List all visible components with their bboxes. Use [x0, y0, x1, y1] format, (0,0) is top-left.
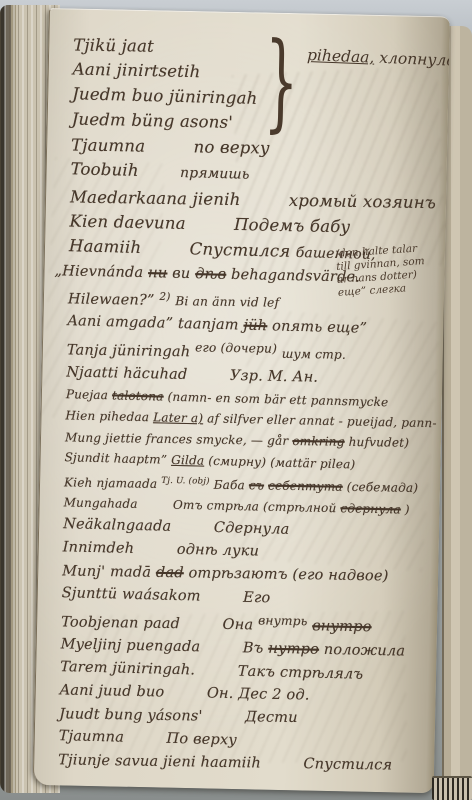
text-segment: Подемъ бабу	[234, 215, 351, 236]
manuscript-text-layer: Tjikü jaat Aani jinirtsetih Juedm buo jü…	[58, 32, 436, 785]
text-segment: его (дочери)	[195, 340, 277, 355]
text-segment: положила	[324, 642, 406, 660]
text-segment: Juudt bung yásons'	[59, 706, 203, 724]
text-segment: по верху	[193, 137, 270, 157]
text-segment: отрѣзаютъ (его надвое)	[188, 565, 388, 584]
text-segment: опять еще”	[272, 318, 367, 336]
text-segment: Haamiih	[69, 236, 142, 257]
text-segment: Aani jinirtsetih	[73, 60, 201, 82]
text-segment: шум стр.	[282, 347, 346, 362]
text-segment: Puejaa	[66, 387, 108, 402]
text-segment: Tarem jüniringah.	[60, 659, 195, 678]
text-segment: talotona	[112, 388, 164, 403]
text-segment: (себемада)	[347, 480, 419, 495]
text-segment: Bi an änn vid lef	[175, 294, 279, 310]
text-segment: Tj. U. (obj)	[161, 476, 210, 487]
text-segment: дѣв	[195, 266, 226, 283]
text-segment: Innimdeh	[63, 539, 135, 556]
text-segment: ни	[148, 265, 168, 281]
text-segment: однѣ луки	[177, 542, 260, 560]
text-segment: )	[405, 503, 410, 517]
manuscript-lines: Tjikü jaat Aani jinirtsetih Juedm buo jü…	[58, 32, 435, 779]
text-segment: Узр. М. Ан.	[230, 368, 319, 386]
text-segment: Отъ стрѣла (стрѣлной	[173, 498, 337, 515]
text-segment: (namn- en som bär ett pannsmycke	[167, 390, 388, 410]
text-segment: Juedm büng asons'	[71, 110, 233, 132]
text-segment: Спустился	[189, 239, 290, 261]
text-segment: Aani juud buo	[60, 682, 165, 700]
text-segment: frances smycke, — går	[146, 432, 289, 448]
text-segment: af silfver eller annat - pueijad, pann-	[207, 411, 437, 430]
text-segment: Tjaumna	[59, 728, 125, 746]
text-segment: jüh	[243, 318, 267, 335]
text-segment: внутро	[312, 618, 372, 635]
manuscript-line: Tanja jüniringah его (дочери) шум стр.	[67, 334, 429, 368]
text-segment: Sjunttü waásakom	[62, 585, 201, 605]
text-segment: Sjundit haaptm”	[64, 450, 167, 467]
text-segment: Его	[243, 590, 271, 607]
text-segment: съ	[249, 478, 264, 492]
text-segment: хромый хозяинъ	[289, 191, 437, 212]
text-segment: Toobjenan paad	[61, 614, 180, 632]
text-segment: Спустился	[303, 756, 392, 773]
notebook-page: } pihedaa, хлопнулся /den halte talartil…	[33, 8, 450, 793]
text-segment: сдернула	[340, 501, 401, 516]
text-segment: Hilewaen?”	[68, 291, 155, 308]
text-segment: Mungahada	[64, 495, 138, 511]
text-segment: По верху	[166, 731, 237, 749]
text-segment: прямишь	[180, 165, 250, 183]
text-segment: Она	[222, 617, 253, 633]
text-segment: Maedarkaana jienih	[70, 187, 241, 209]
text-segment: Баба	[214, 478, 245, 492]
text-segment: Toobuih	[70, 159, 139, 180]
text-segment: Mung jiettie	[65, 430, 142, 445]
text-segment: Myeljinj puengada	[61, 636, 201, 655]
text-segment: Kieh njamaada	[64, 475, 157, 490]
text-segment: Kien daevuna	[69, 211, 186, 232]
text-segment: Сдернула	[214, 520, 290, 538]
text-segment: Он. Дес 2 од.	[207, 685, 310, 703]
text-segment: 2)	[159, 291, 170, 303]
text-segment: Tjaumna	[71, 135, 145, 155]
text-segment: omkring	[292, 434, 344, 449]
text-segment: hufvudet)	[349, 435, 410, 450]
text-segment: внутрь	[258, 613, 308, 628]
text-segment: ви	[172, 266, 191, 282]
text-segment: Aani amgada”	[67, 313, 173, 332]
text-segment: Gilda	[171, 453, 204, 468]
text-segment: Munj' madā	[62, 563, 151, 580]
text-segment: Tjiunje savua jieni haamiih	[58, 752, 261, 771]
text-segment: „Hievnánda	[54, 263, 143, 281]
text-segment: Дести	[245, 709, 298, 726]
text-segment: Neäkalngaada	[63, 516, 172, 535]
text-segment: Tjikü jaat	[73, 35, 154, 55]
page-block-stripes	[432, 776, 472, 800]
text-segment: Въ	[243, 640, 264, 656]
text-segment: behagandsvärde.	[231, 267, 360, 286]
text-segment: Hien pihedaa	[65, 408, 149, 424]
text-segment: себептута	[268, 479, 343, 494]
text-segment: (смирну) (мattär pilea)	[208, 454, 355, 472]
manuscript-line: Toobjenan paad Она внутрь внутро	[61, 606, 423, 640]
text-segment: Njaatti häcuhad	[66, 364, 187, 383]
text-segment: башенной,	[296, 245, 376, 263]
text-segment: taanjam	[178, 316, 239, 334]
manuscript-line: Tjiunje savua jieni haamiih Спустился	[58, 749, 420, 778]
text-segment: dad	[156, 565, 184, 581]
text-segment: Такъ стрѣлялъ	[238, 664, 364, 683]
text-segment: Tanja jüniringah	[67, 342, 191, 360]
text-segment: Juedm buo jüniringah	[72, 84, 258, 108]
text-segment: нутро	[268, 641, 319, 658]
photo-frame: } pihedaa, хлопнулся /den halte talartil…	[0, 0, 472, 800]
text-segment: Later a)	[153, 410, 203, 425]
